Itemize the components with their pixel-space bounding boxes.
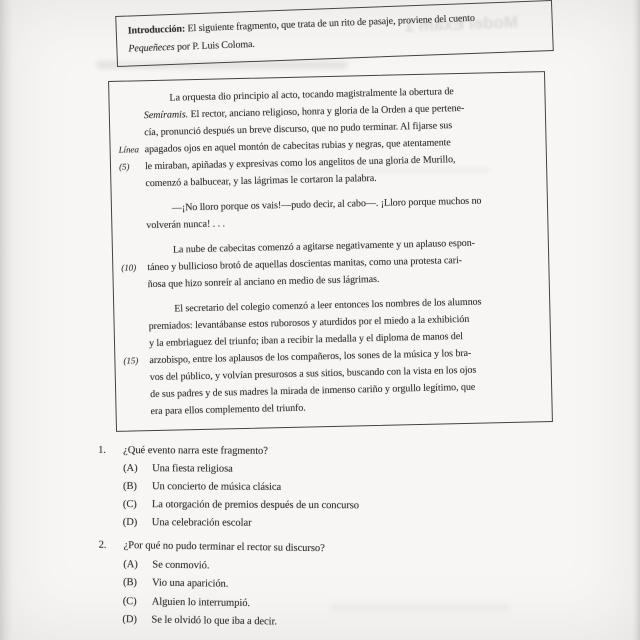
question-1-option-a: (A)Una fiesta religiosa	[96, 460, 526, 480]
work-title: Pequeñeces	[128, 42, 175, 55]
question-1-option-c: (C)La otorgación de premios después de u…	[96, 496, 526, 516]
page-left-edge-shadow	[0, 0, 13, 640]
introduction-text: El siguiente fragmento, que trata de un …	[185, 13, 475, 35]
photographed-test-page: Model Exam 1 Introducción: El siguiente …	[0, 0, 640, 640]
introduction-label: Introducción:	[128, 23, 186, 36]
question-1-head: 1.¿Qué evento narra este fragmento?	[96, 442, 526, 462]
option-text: Un concierto de música clásica	[152, 481, 281, 493]
question-2-number: 2.	[98, 537, 106, 556]
option-text: Se conmovió.	[152, 559, 209, 571]
line-number-label: (10)	[121, 259, 136, 276]
option-text: Una celebración escolar	[152, 517, 252, 529]
option-letter: (C)	[123, 593, 137, 612]
option-letter: (B)	[123, 574, 137, 593]
option-text: Se le olvidó lo que iba a decir.	[151, 614, 277, 627]
option-text: Una fiesta religiosa	[152, 463, 233, 474]
question-2: 2.¿Por qué no pudo terminar el rector su…	[95, 537, 526, 636]
option-letter: (A)	[123, 460, 138, 478]
question-2-text: ¿Por qué no pudo terminar el rector su d…	[124, 540, 325, 554]
option-text: La otorgación de premios después de un c…	[152, 499, 359, 511]
option-letter: (D)	[123, 514, 138, 532]
question-1-option-b: (B)Un concierto de música clásica	[96, 478, 526, 498]
introduction-text-after: por P. Luis Coloma.	[174, 39, 255, 53]
question-1: 1.¿Qué evento narra este fragmento? (A)U…	[96, 442, 526, 534]
reading-passage-box: La orquesta dio principio al acto, tocan…	[108, 71, 553, 432]
option-letter: (A)	[123, 556, 138, 575]
passage-line-text: era para ellos complemento del triunfo.	[150, 403, 305, 418]
passage-line-text: ñosa que hizo sonreír al anciano en medi…	[148, 274, 380, 290]
option-letter: (D)	[122, 611, 137, 630]
passage-line-text: volverán nunca! . . .	[146, 218, 225, 231]
introduction-box: Introducción: El siguiente fragmento, qu…	[115, 0, 554, 67]
italic-segment: Semíramis.	[144, 109, 188, 121]
question-1-option-d: (D)Una celebración escolar	[96, 514, 526, 534]
line-number-label: Línea	[118, 141, 139, 158]
line-number-label: (15)	[123, 352, 138, 369]
passage-line-text: comenzó a balbucear, y las lágrimas le c…	[145, 173, 376, 189]
question-1-number: 1.	[98, 442, 106, 460]
page-right-edge-shadow	[632, 0, 640, 640]
option-text: Vio una aparición.	[152, 578, 228, 590]
option-text: Alguien lo interrumpió.	[152, 596, 250, 609]
line-number-label: (5)	[119, 159, 130, 176]
question-1-text: ¿Qué evento narra este fragmento?	[123, 445, 268, 457]
option-letter: (C)	[123, 496, 137, 514]
option-letter: (B)	[123, 478, 137, 496]
